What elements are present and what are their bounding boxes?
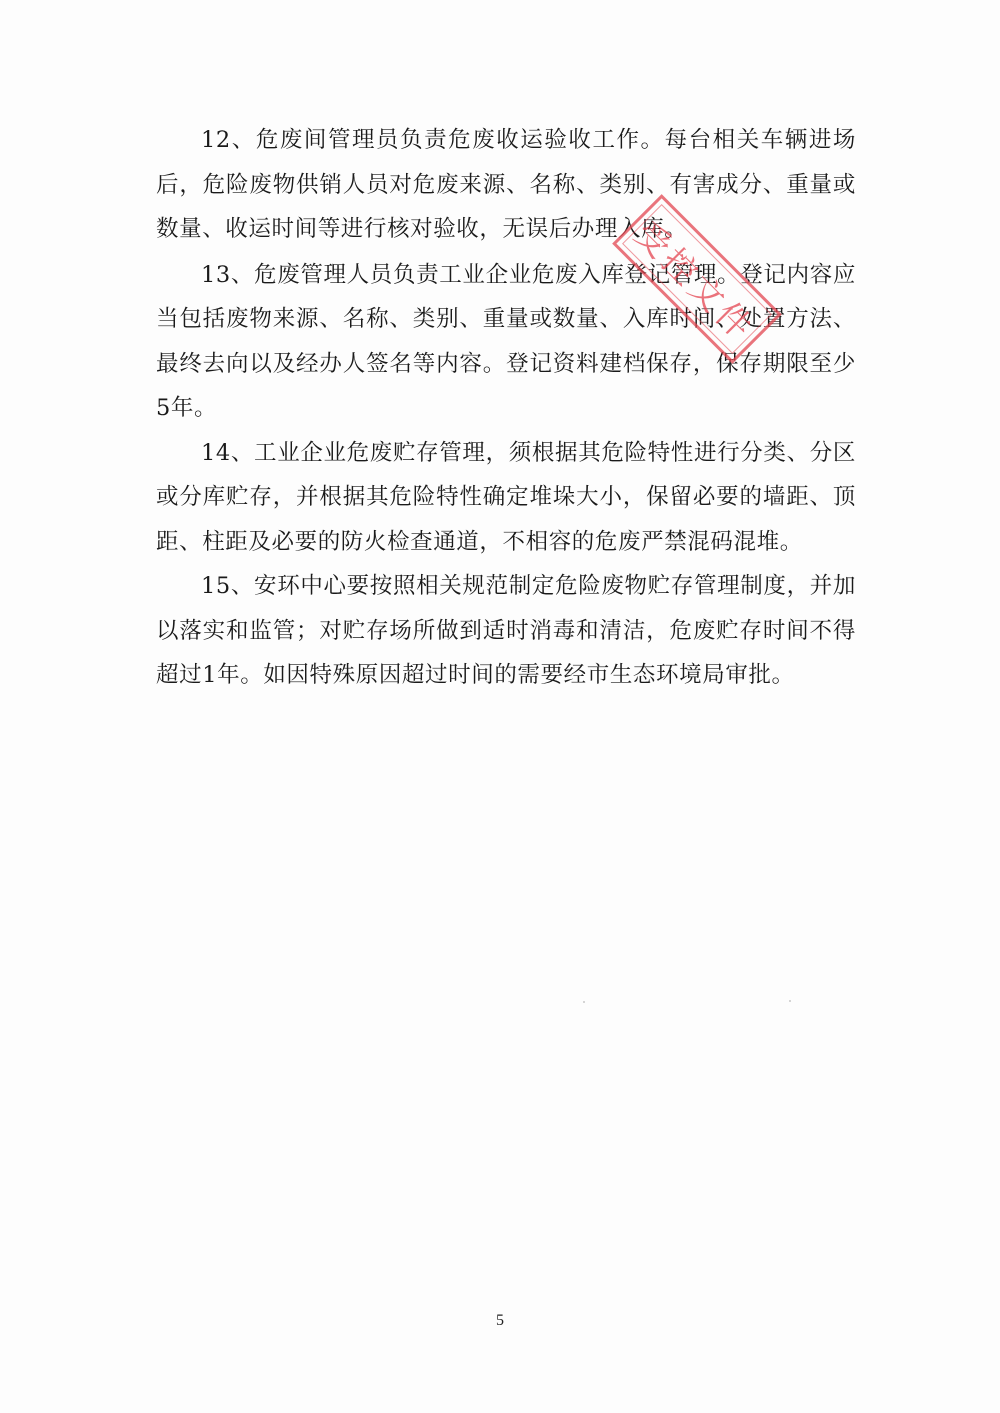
- paragraph-15: 15、安环中心要按照相关规范制定危险废物贮存管理制度，并加以落实和监管；对贮存场…: [156, 564, 856, 698]
- page-number: 5: [0, 1312, 1000, 1330]
- document-body: 12、危废间管理员负责危废收运验收工作。每台相关车辆进场后，危险废物供销人员对危…: [156, 118, 856, 698]
- paragraph-12: 12、危废间管理员负责危废收运验收工作。每台相关车辆进场后，危险废物供销人员对危…: [156, 118, 856, 252]
- scan-speck: [583, 1001, 585, 1003]
- document-page: 12、危废间管理员负责危废收运验收工作。每台相关车辆进场后，危险废物供销人员对危…: [0, 0, 1000, 1413]
- scan-speck: [789, 1000, 791, 1002]
- paragraph-14: 14、工业企业危废贮存管理，须根据其危险特性进行分类、分区或分库贮存，并根据其危…: [156, 431, 856, 565]
- paragraph-13: 13、危废管理人员负责工业企业危废入库登记管理。登记内容应当包括废物来源、名称、…: [156, 253, 856, 431]
